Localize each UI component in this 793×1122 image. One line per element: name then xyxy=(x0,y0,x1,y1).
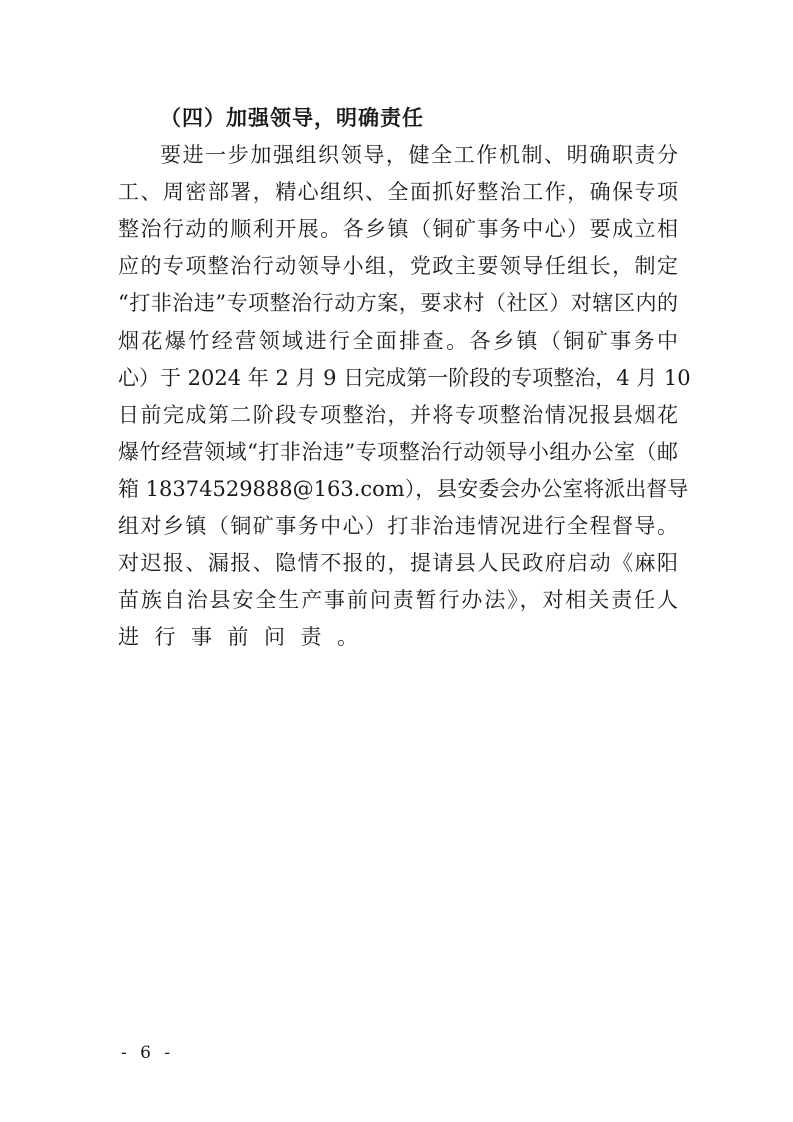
paragraph-line: 爆竹经营领域“打非治违”专项整治行动领导小组办公室（邮 xyxy=(118,434,678,471)
paragraph-line: 工、周密部署，精心组织、全面抓好整治工作，确保专项 xyxy=(118,174,678,211)
paragraph-line: 组对乡镇（铜矿事务中心）打非治违情况进行全程督导。 xyxy=(118,508,678,545)
paragraph-line-last-text: 进行事前问责。 xyxy=(118,625,374,649)
page-number: - 6 - xyxy=(121,1043,174,1063)
paragraph-line: 应的专项整治行动领导小组，党政主要领导任组长，制定 xyxy=(118,248,678,285)
document-body: （四）加强领导，明确责任 要进一步加强组织领导，健全工作机制、明确职责分 工、周… xyxy=(118,100,678,656)
paragraph-line: 要进一步加强组织领导，健全工作机制、明确职责分 xyxy=(118,137,678,174)
paragraph-line: 苗族自治县安全生产事前问责暂行办法》，对相关责任人 xyxy=(118,582,678,619)
document-page: （四）加强领导，明确责任 要进一步加强组织领导，健全工作机制、明确职责分 工、周… xyxy=(0,0,793,1122)
paragraph-line: 烟花爆竹经营领域进行全面排查。各乡镇（铜矿事务中 xyxy=(118,323,678,360)
paragraph-line: 整治行动的顺利开展。各乡镇（铜矿事务中心）要成立相 xyxy=(118,211,678,248)
paragraph-line-email: 箱 18374529888@163.com），县安委会办公室将派出督导 xyxy=(118,471,678,508)
paragraph-line: 日前完成第二阶段专项整治，并将专项整治情况报县烟花 xyxy=(118,397,678,434)
paragraph-line: 对迟报、漏报、隐情不报的，提请县人民政府启动《麻阳 xyxy=(118,545,678,582)
paragraph-line-last: 进行事前问责。 xyxy=(118,619,678,656)
section-heading: （四）加强领导，明确责任 xyxy=(118,100,678,137)
paragraph-line: 心）于 2024 年 2 月 9 日完成第一阶段的专项整治，4 月 10 xyxy=(118,360,678,397)
paragraph-line: “打非治违”专项整治行动方案，要求村（社区）对辖区内的 xyxy=(118,285,678,322)
